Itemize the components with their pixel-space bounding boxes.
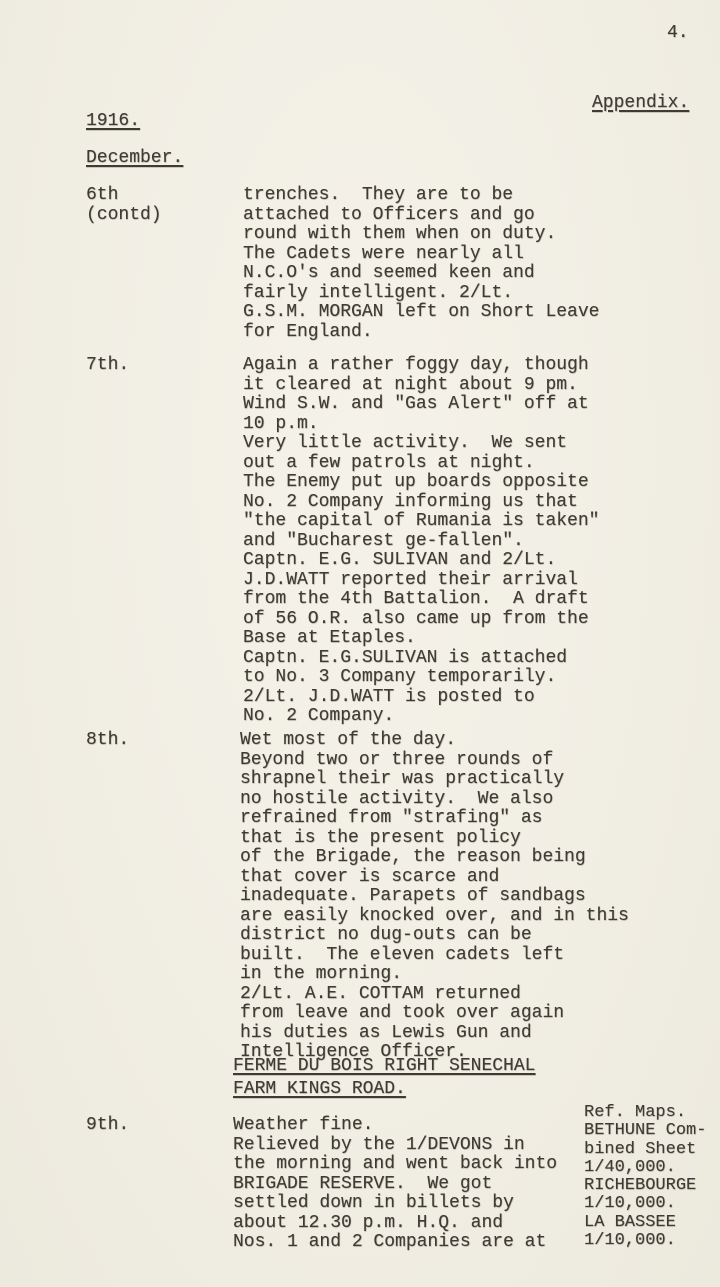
- month-heading: December.: [86, 149, 183, 169]
- diary-page: 4. Appendix. 1916. December. 6th (contd)…: [0, 0, 720, 1287]
- entry-date-label: 8th.: [86, 731, 129, 751]
- entry-body: trenches. They are to be attached to Off…: [243, 186, 683, 342]
- entry-body: Again a rather foggy day, though it clea…: [243, 356, 683, 727]
- entry-date-label: 7th.: [86, 356, 129, 376]
- appendix-heading: Appendix.: [592, 94, 689, 114]
- page-number: 4.: [667, 24, 689, 44]
- entry-body: Weather fine. Relieved by the 1/DEVONS i…: [233, 1116, 583, 1253]
- section-heading: FERME DU BOIS RIGHT SENECHAL FARM KINGS …: [233, 1055, 535, 1100]
- entry-body: Wet most of the day. Beyond two or three…: [240, 731, 690, 1063]
- map-reference-note: Ref. Maps. BETHUNE Com- bined Sheet 1/40…: [584, 1104, 718, 1250]
- entry-date-label: 9th.: [86, 1116, 129, 1136]
- entry-date-label: 6th (contd): [86, 186, 162, 225]
- year-heading: 1916.: [86, 112, 140, 132]
